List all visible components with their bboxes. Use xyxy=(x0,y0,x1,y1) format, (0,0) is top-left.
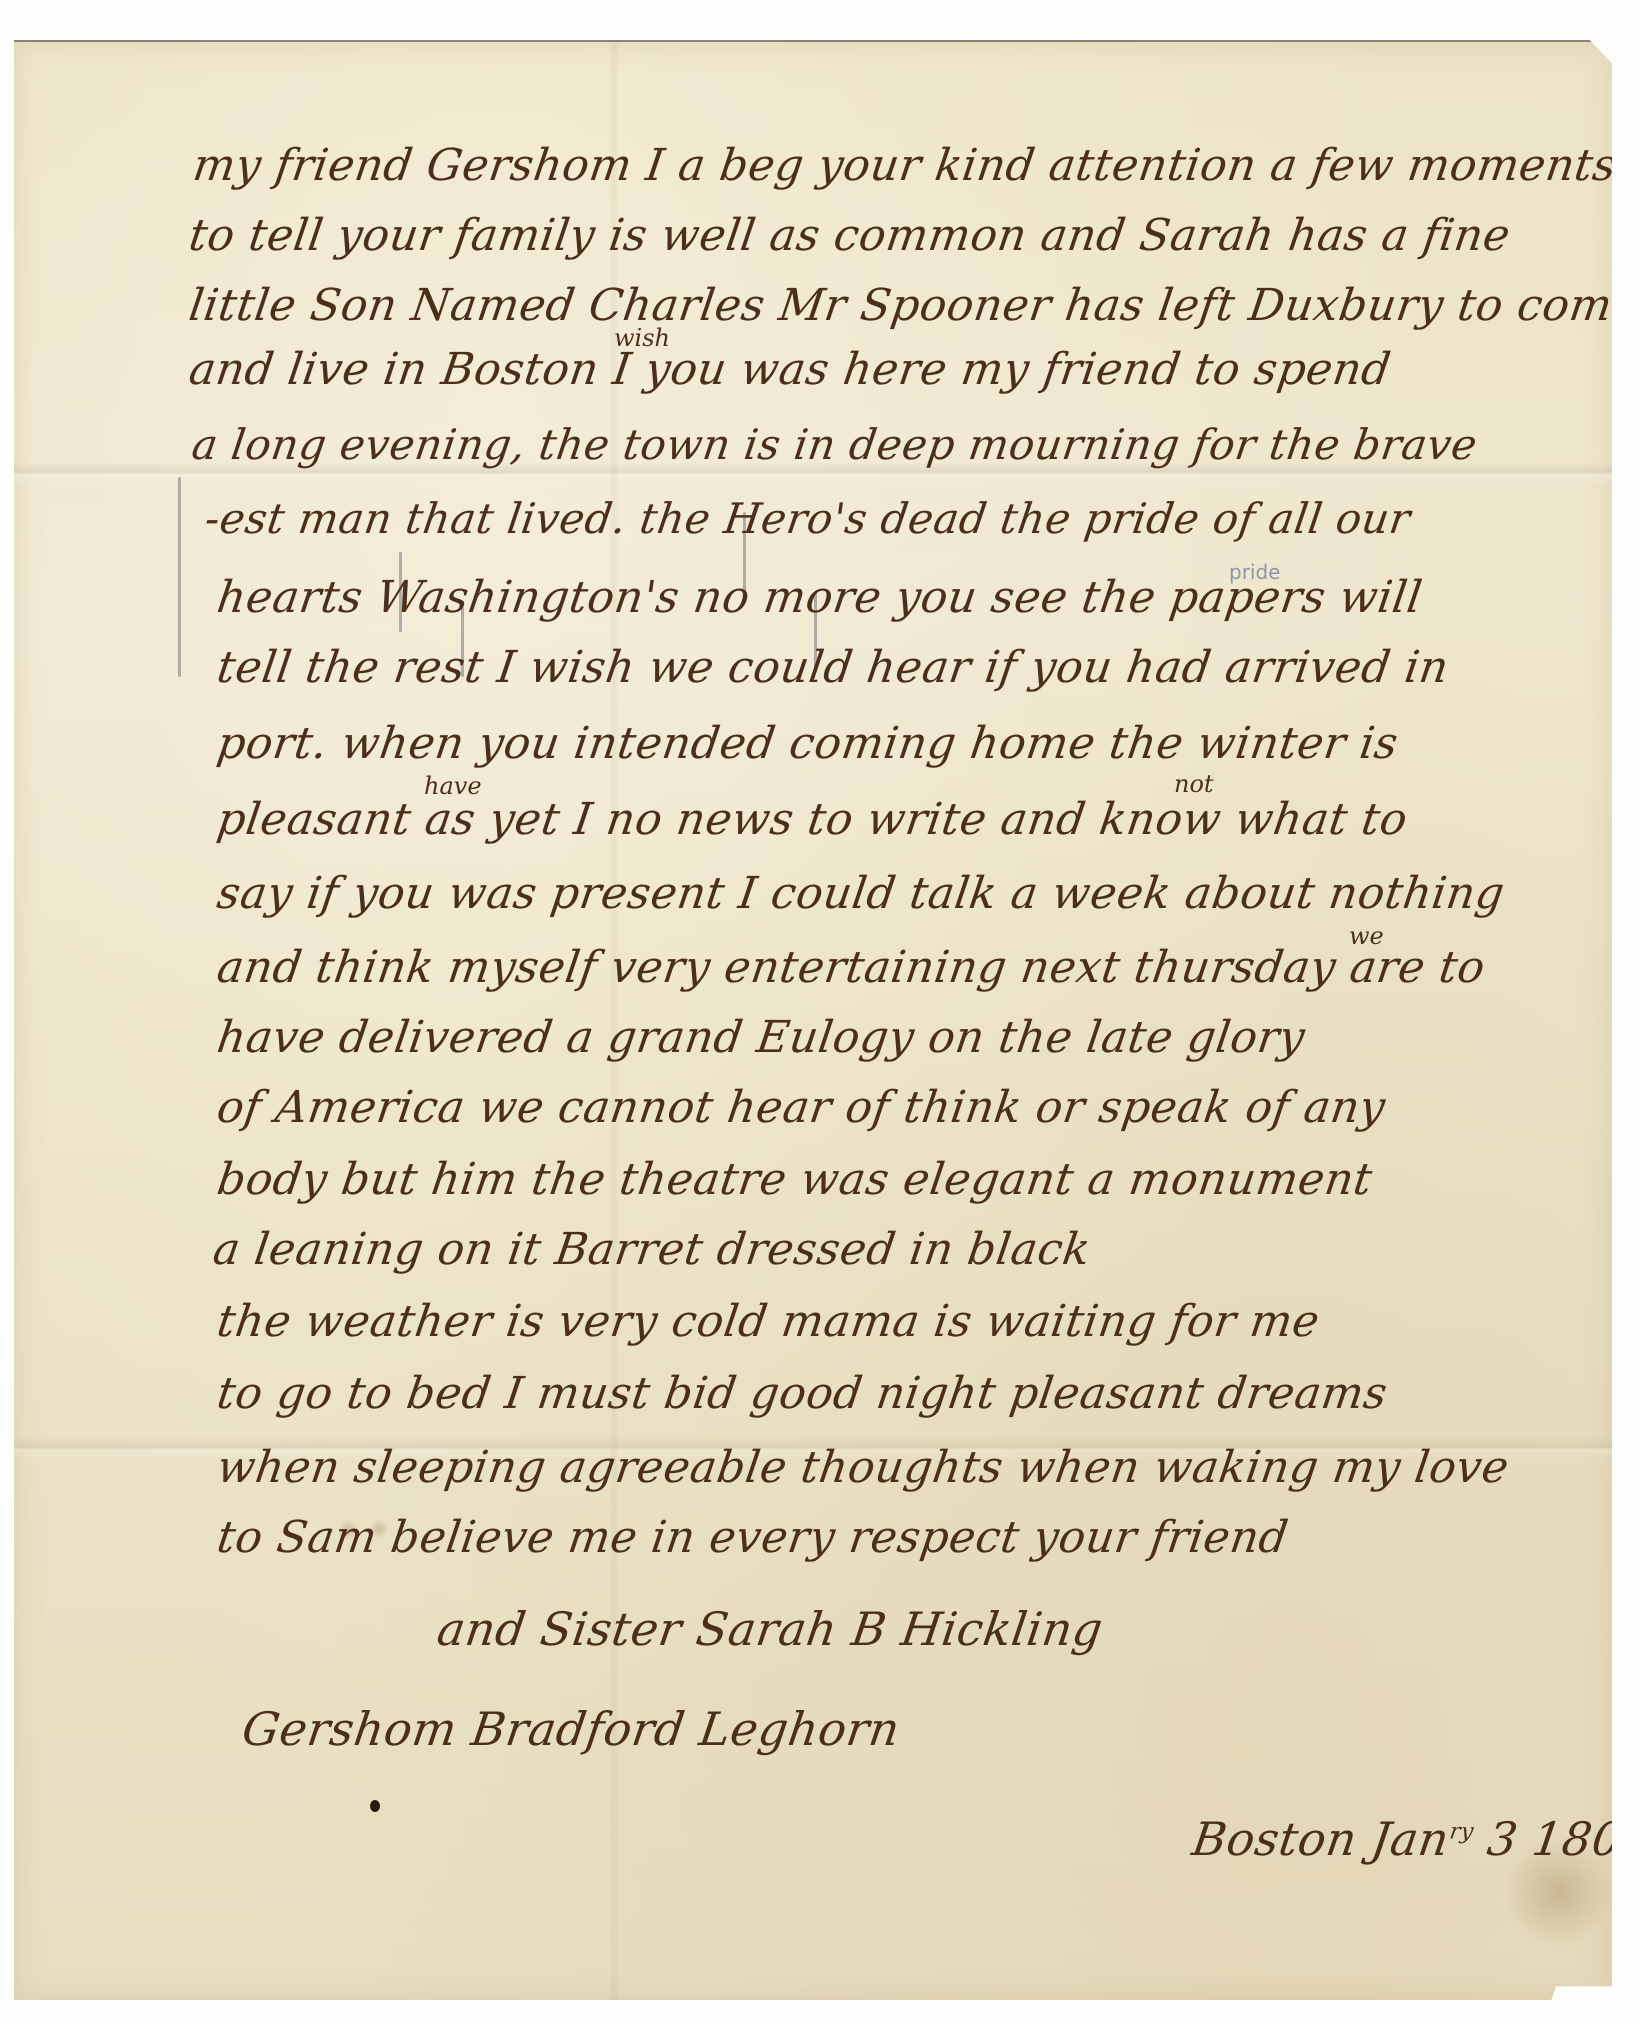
place-date: Boston Janry 3 1800 xyxy=(1189,1812,1640,1866)
pencil-margin-mark xyxy=(178,477,181,677)
addressee-line: Gershom Bradford Leghorn xyxy=(239,1702,903,1756)
closing-signature: and Sister Sarah B Hickling xyxy=(434,1602,1106,1656)
letter-line: a long evening, the town is in deep mour… xyxy=(189,420,1480,469)
letter-line: a leaning on it Barret dressed in black xyxy=(210,1224,1094,1275)
letter-line: have delivered a grand Eulogy on the lat… xyxy=(214,1012,1308,1063)
letter-line: body but him the theatre was elegant a m… xyxy=(214,1154,1376,1205)
letter-line: to go to bed I must bid good night pleas… xyxy=(214,1368,1391,1419)
letter-line: and live in Boston I you was here my fri… xyxy=(186,344,1394,395)
ink-dot xyxy=(370,1800,380,1812)
day-year: 3 1800 xyxy=(1484,1812,1640,1866)
letter-line: say if you was present I could talk a we… xyxy=(214,868,1508,919)
letter-line: and think myself very entertaining next … xyxy=(214,942,1488,993)
letter-line: hearts Washington's no more you see the … xyxy=(214,572,1425,623)
month-superscript: ry xyxy=(1448,1820,1475,1845)
letter-line: -est man that lived. the Hero's dead the… xyxy=(202,494,1414,543)
letter-paper: my friend Gershom I a beg your kind atte… xyxy=(14,40,1612,2000)
letter-line: to tell your family is well as common an… xyxy=(186,210,1514,261)
letter-line: the weather is very cold mama is waiting… xyxy=(214,1296,1323,1347)
letter-line: little Son Named Charles Mr Spooner has … xyxy=(186,280,1640,331)
place-month: Boston Jan xyxy=(1189,1812,1453,1866)
letter-line: to Sam believe me in every respect your … xyxy=(214,1512,1291,1563)
letter-line: my friend Gershom I a beg your kind atte… xyxy=(190,140,1620,191)
letter-line: tell the rest I wish we could hear if yo… xyxy=(214,642,1452,693)
letter-line: of America we cannot hear of think or sp… xyxy=(214,1082,1389,1133)
letter-line: pleasant as yet I no news to write and k… xyxy=(214,794,1411,845)
letter-line: port. when you intended coming home the … xyxy=(214,718,1401,769)
letter-line: when sleeping agreeable thoughts when wa… xyxy=(214,1442,1512,1493)
